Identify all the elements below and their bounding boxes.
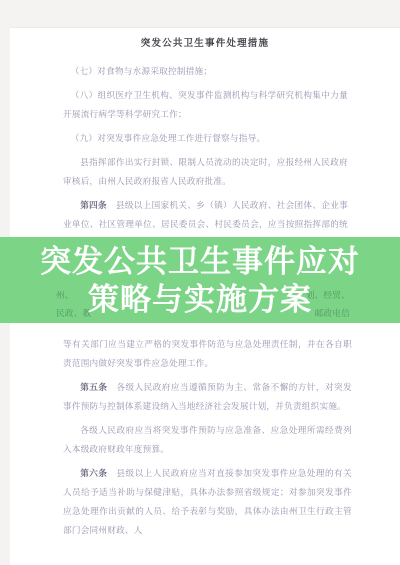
document-paragraph: 第五条 各级人民政府应当遵循预防为主、常备不懈的方针，对突发事件预防与控制体系建… (63, 378, 352, 416)
article-number: 第六条 (80, 468, 107, 478)
overlay-title-line2: 策略与实施方案 (88, 281, 312, 319)
screenshot-root: 突发公共卫生事件处理措施 （七）对食物与水源采取控制措施；（八）组织医疗卫生机构… (0, 0, 400, 565)
document-paragraph: （七）对食物与水源采取控制措施； (63, 62, 348, 81)
document-paragraph: 等有关部门应当建立严格的突发事件防范与应急处理责任制，并在各自职责范围内做好突发… (63, 335, 352, 373)
overlay-banner: 州、 划、经贸、 民政、教 邮政电信 突发公共卫生事件应对 策略与实施方案 (0, 237, 400, 323)
document-paragraph: 县指挥部作出实行封锁、限制人员流动的决定时，应报经州人民政府审核后，由州人民政府… (63, 153, 348, 191)
article-number: 第四条 (80, 200, 107, 210)
document-title: 突发公共卫生事件处理措施 (10, 35, 400, 49)
document-paragraph: （八）组织医疗卫生机构、突发事件监测机构与科学研究机构集中力量开展流行病学等科学… (63, 86, 348, 124)
document-paragraph: （九）对突发事件应急处理工作进行督察与指导。 (63, 129, 348, 148)
overlay-title: 突发公共卫生事件应对 策略与实施方案 (0, 237, 400, 323)
document-paragraph: 各级人民政府应当将突发事件预防与应急准备、应急处理所需经费列入本级政府财政年度预… (63, 421, 352, 459)
document-paragraph: 第六条 县级以上人民政府应当对直接参加突发事件应急处理的有关人员给予适当补助与保… (63, 464, 352, 540)
article-number: 第五条 (80, 382, 107, 392)
overlay-title-line1: 突发公共卫生事件应对 (40, 243, 360, 281)
document-body-bottom: 等有关部门应当建立严格的突发事件防范与应急处理责任制，并在各自职责范围内做好突发… (63, 330, 352, 545)
document-body-top: （七）对食物与水源采取控制措施；（八）组织医疗卫生机构、突发事件监测机构与科学研… (63, 62, 348, 253)
